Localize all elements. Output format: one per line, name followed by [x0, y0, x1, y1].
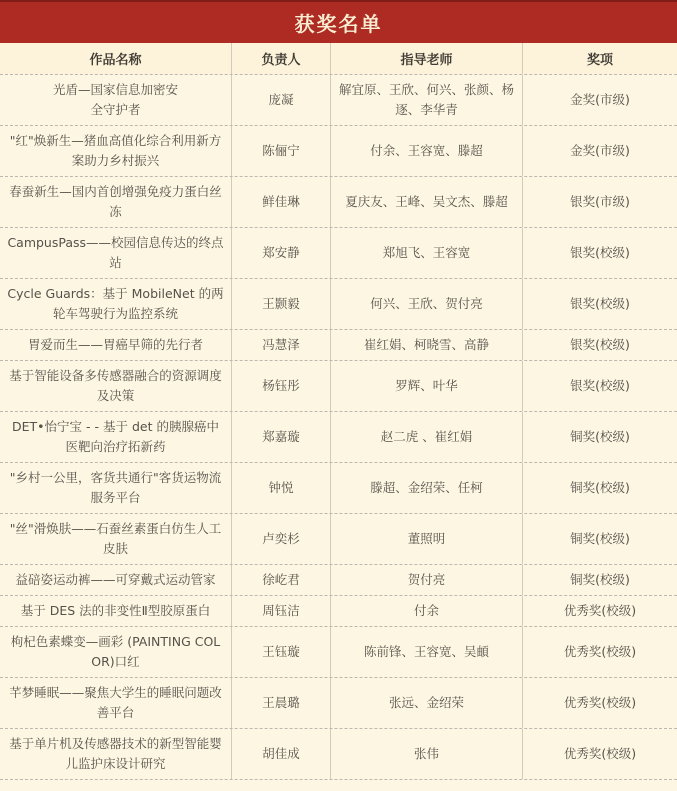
table-row: 枸杞色素蝶变—画彩 (PAINTING COL OR)口红 王钰璇 陈前锋、王容…	[0, 626, 677, 677]
leader-name: 郑嘉璇	[232, 412, 331, 462]
teacher-names: 付余、王容宽、滕超	[331, 126, 523, 176]
teacher-names: 崔红娟、柯晓雪、高静	[331, 330, 523, 360]
leader-name: 王颢毅	[232, 279, 331, 329]
work-title: 基于 DES 法的非变性Ⅱ型胶原蛋白	[0, 596, 232, 626]
work-title: Cycle Guards：基于 MobileNet 的两 轮车驾驶行为监控系统	[0, 279, 232, 329]
award-level: 优秀奖(校级)	[523, 678, 677, 728]
teacher-names: 罗辉、叶华	[331, 361, 523, 411]
table-row: 基于单片机及传感器技术的新型智能婴 儿监护床设计研究 胡佳成 张伟 优秀奖(校级…	[0, 728, 677, 779]
table-row: CampusPass——校园信息传达的终点 站 郑安静 郑旭飞、王容宽 银奖(校…	[0, 227, 677, 278]
leader-name: 庞凝	[232, 75, 331, 125]
work-title: 基于单片机及传感器技术的新型智能婴 儿监护床设计研究	[0, 729, 232, 779]
table-row: 光盾—国家信息加密安 全守护者 庞凝 解宜原、王欣、何兴、张颜、杨 逐、李华青 …	[0, 74, 677, 125]
teacher-names: 何兴、王欣、贺付亮	[331, 279, 523, 329]
award-level: 优秀奖(校级)	[523, 729, 677, 779]
leader-name: 郑安静	[232, 228, 331, 278]
award-list-page: 获奖名单 作品名称 负责人 指导老师 奖项 光盾—国家信息加密安 全守护者 庞凝…	[0, 0, 677, 791]
leader-name: 钟悦	[232, 463, 331, 513]
table-row: "红"焕新生—猪血高值化综合利用新方 案助力乡村振兴 陈俪宁 付余、王容宽、滕超…	[0, 125, 677, 176]
award-level: 铜奖(校级)	[523, 463, 677, 513]
teacher-names: 解宜原、王欣、何兴、张颜、杨 逐、李华青	[331, 75, 523, 125]
teacher-names: 张伟	[331, 729, 523, 779]
work-title: "红"焕新生—猪血高值化综合利用新方 案助力乡村振兴	[0, 126, 232, 176]
table-row: 春蚕新生—国内首创增强免疫力蛋白丝 冻 鲜佳琳 夏庆友、王峰、吴文杰、滕超 银奖…	[0, 176, 677, 227]
leader-name: 胡佳成	[232, 729, 331, 779]
title-bar: 获奖名单	[0, 0, 677, 43]
award-level: 铜奖(校级)	[523, 412, 677, 462]
award-level: 铜奖(校级)	[523, 565, 677, 595]
table-row: 基于智能设备多传感器融合的资源调度 及决策 杨钰彤 罗辉、叶华 银奖(校级)	[0, 360, 677, 411]
table-row: Cycle Guards：基于 MobileNet 的两 轮车驾驶行为监控系统 …	[0, 278, 677, 329]
leader-name: 杨钰彤	[232, 361, 331, 411]
leader-name: 鲜佳琳	[232, 177, 331, 227]
table-row: DET•怡宁宝 - - 基于 det 的胰腺癌中 医靶向治疗拓新药 郑嘉璇 赵二…	[0, 411, 677, 462]
leader-name: 徐屹君	[232, 565, 331, 595]
page-title: 获奖名单	[295, 8, 383, 37]
teacher-names: 陈前锋、王容宽、吴頔	[331, 627, 523, 677]
leader-name: 周钰洁	[232, 596, 331, 626]
table-row: 胃爱而生——胃癌早筛的先行者 冯慧泽 崔红娟、柯晓雪、高静 银奖(校级)	[0, 329, 677, 360]
column-header-award: 奖项	[523, 43, 677, 74]
table-row: 芊梦睡眠——聚焦大学生的睡眠问题改 善平台 王晨璐 张远、金绍荣 优秀奖(校级)	[0, 677, 677, 728]
column-header-teachers: 指导老师	[331, 43, 523, 74]
teacher-names: 董照明	[331, 514, 523, 564]
teacher-names: 张远、金绍荣	[331, 678, 523, 728]
teacher-names: 贺付亮	[331, 565, 523, 595]
empty-row	[0, 779, 677, 791]
award-level: 优秀奖(校级)	[523, 627, 677, 677]
leader-name: 冯慧泽	[232, 330, 331, 360]
work-title: "乡村一公里，客货共通行"客货运物流 服务平台	[0, 463, 232, 513]
award-level: 银奖(校级)	[523, 228, 677, 278]
award-level: 银奖(市级)	[523, 177, 677, 227]
column-header-leader: 负责人	[232, 43, 331, 74]
work-title: 基于智能设备多传感器融合的资源调度 及决策	[0, 361, 232, 411]
work-title: 胃爱而生——胃癌早筛的先行者	[0, 330, 232, 360]
work-title: CampusPass——校园信息传达的终点 站	[0, 228, 232, 278]
work-title: 芊梦睡眠——聚焦大学生的睡眠问题改 善平台	[0, 678, 232, 728]
award-level: 金奖(市级)	[523, 75, 677, 125]
work-title: 春蚕新生—国内首创增强免疫力蛋白丝 冻	[0, 177, 232, 227]
leader-name: 王晨璐	[232, 678, 331, 728]
work-title: 益碚姿运动裤——可穿戴式运动管家	[0, 565, 232, 595]
work-title: 光盾—国家信息加密安 全守护者	[0, 75, 232, 125]
teacher-names: 滕超、金绍荣、任柯	[331, 463, 523, 513]
award-level: 金奖(市级)	[523, 126, 677, 176]
table-header-row: 作品名称 负责人 指导老师 奖项	[0, 43, 677, 74]
work-title: DET•怡宁宝 - - 基于 det 的胰腺癌中 医靶向治疗拓新药	[0, 412, 232, 462]
teacher-names: 郑旭飞、王容宽	[331, 228, 523, 278]
award-level: 银奖(校级)	[523, 330, 677, 360]
leader-name: 卢奕杉	[232, 514, 331, 564]
award-level: 银奖(校级)	[523, 279, 677, 329]
teacher-names: 付余	[331, 596, 523, 626]
award-level: 铜奖(校级)	[523, 514, 677, 564]
teacher-names: 夏庆友、王峰、吴文杰、滕超	[331, 177, 523, 227]
table-row: "乡村一公里，客货共通行"客货运物流 服务平台 钟悦 滕超、金绍荣、任柯 铜奖(…	[0, 462, 677, 513]
leader-name: 陈俪宁	[232, 126, 331, 176]
award-level: 优秀奖(校级)	[523, 596, 677, 626]
table-row: 基于 DES 法的非变性Ⅱ型胶原蛋白 周钰洁 付余 优秀奖(校级)	[0, 595, 677, 626]
teacher-names: 赵二虎 、崔红娟	[331, 412, 523, 462]
work-title: "丝"滑焕肤——石蚕丝素蛋白仿生人工 皮肤	[0, 514, 232, 564]
table-row: "丝"滑焕肤——石蚕丝素蛋白仿生人工 皮肤 卢奕杉 董照明 铜奖(校级)	[0, 513, 677, 564]
column-header-work-title: 作品名称	[0, 43, 232, 74]
leader-name: 王钰璇	[232, 627, 331, 677]
table-row: 益碚姿运动裤——可穿戴式运动管家 徐屹君 贺付亮 铜奖(校级)	[0, 564, 677, 595]
work-title: 枸杞色素蝶变—画彩 (PAINTING COL OR)口红	[0, 627, 232, 677]
award-level: 银奖(校级)	[523, 361, 677, 411]
